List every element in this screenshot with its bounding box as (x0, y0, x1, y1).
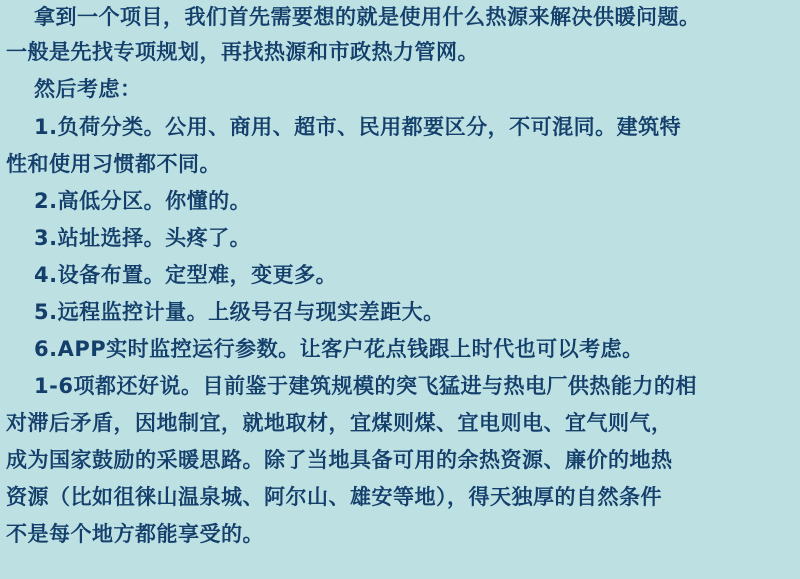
list-item-6: 6.APP实时监控运行参数。让客户花点钱跟上时代也可以考虑。 (34, 334, 644, 364)
list-item-1-line-2: 性和使用习惯都不同。 (6, 149, 221, 179)
paragraph-intro-line-2: 一般是先找专项规划，再找热源和市政热力管网。 (6, 37, 479, 67)
paragraph-summary-line-3: 成为国家鼓励的采暖思路。除了当地具备可用的余热资源、廉价的地热 (6, 445, 673, 475)
paragraph-summary-line-1: 1-6项都还好说。目前鉴于建筑规模的突飞猛进与热电厂供热能力的相 (34, 371, 697, 401)
document-body: 拿到一个项目，我们首先需要想的就是使用什么热源来解决供暖问题。 一般是先找专项规… (0, 0, 800, 579)
list-item-4: 4.设备布置。定型难，变更多。 (34, 260, 337, 290)
paragraph-summary-line-4: 资源（比如徂徕山温泉城、阿尔山、雄安等地），得天独厚的自然条件 (6, 482, 662, 512)
considerations-heading: 然后考虑： (34, 74, 142, 104)
list-item-2: 2.高低分区。你懂的。 (34, 186, 251, 216)
paragraph-summary-line-2: 对滞后矛盾，因地制宜，就地取材，宜煤则煤、宜电则电、宜气则气， (6, 408, 673, 438)
paragraph-summary-line-5: 不是每个地方都能享受的。 (6, 519, 264, 549)
paragraph-intro-line-1: 拿到一个项目，我们首先需要想的就是使用什么热源来解决供暖问题。 (34, 2, 701, 32)
list-item-3: 3.站址选择。头疼了。 (34, 223, 251, 253)
list-item-5: 5.远程监控计量。上级号召与现实差距大。 (34, 297, 445, 327)
list-item-1-line-1: 1.负荷分类。公用、商用、超市、民用都要区分，不可混同。建筑特 (34, 112, 681, 142)
